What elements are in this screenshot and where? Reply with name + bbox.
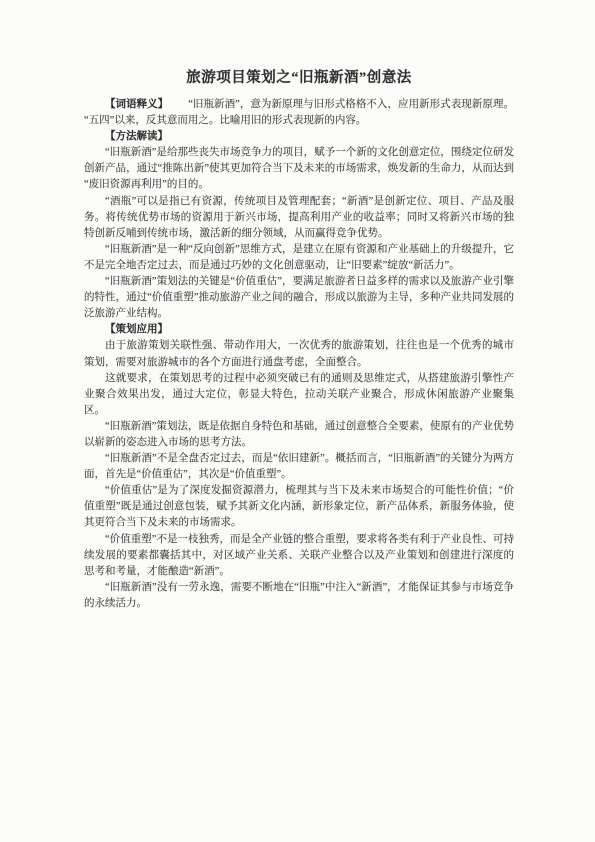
application-paragraph-3: “旧瓶新酒”策划法，既是依据自身特色和基础，通过创意整合全要素，使原有的产业优势… [84,419,514,451]
application-paragraph-7: “旧瓶新酒”没有一劳永逸，需要不断地在“旧瓶”中注入“新酒”，才能保证其参与市场… [84,580,514,612]
method-paragraph-2: “酒瓶”可以是指已有资源，传统项目及管理配套；“新酒”是创新定位、项目、产品及服… [84,194,514,242]
application-paragraph-6: “价值重塑”不是一枝独秀，而是全产业链的整合重塑，要求将各类有利于产业良性、可持… [84,532,514,580]
method-paragraph-3: “旧瓶新酒”是一种“反向创新”思维方式，是建立在原有资源和产业基础上的升级提升，… [84,242,514,274]
method-paragraph-4: “旧瓶新酒”策划法的关键是“价值重估”，要满足旅游者日益多样的需求以及旅游产业引… [84,274,514,322]
document-body: 【词语释义】“旧瓶新酒”，意为新原理与旧形式格格不入，应用新形式表现新原理。“五… [84,97,514,612]
section-heading-method: 【方法解读】 [84,129,514,145]
section-heading-application: 【策划应用】 [84,322,514,338]
method-paragraph-1: “旧瓶新酒”是给那些丧失市场竞争力的项目，赋予一个新的文化创意定位，围绕定位研发… [84,145,514,193]
application-paragraph-4: “旧瓶新酒”不是全盘否定过去，而是“依旧建新”。概括而言，“旧瓶新酒”的关键分为… [84,451,514,483]
application-paragraph-2: 这就要求，在策划思考的过程中必须突破已有的通则及思维定式，从搭建旅游引擎性产业聚… [84,371,514,419]
definition-paragraph: 【词语释义】“旧瓶新酒”，意为新原理与旧形式格格不入，应用新形式表现新原理。“五… [84,97,514,129]
page-title: 旅游项目策划之“旧瓶新酒”创意法 [84,68,514,88]
document-page: 旅游项目策划之“旧瓶新酒”创意法 【词语释义】“旧瓶新酒”，意为新原理与旧形式格… [0,0,595,842]
section-heading-definition: 【词语释义】 [105,99,168,110]
application-paragraph-5: “价值重估”是为了深度发掘资源潜力，梳理其与当下及未来市场契合的可能性价值；“价… [84,483,514,531]
application-paragraph-1: 由于旅游策划关联性强、带动作用大，一次优秀的旅游策划，往往也是一个优秀的城市策划… [84,338,514,370]
